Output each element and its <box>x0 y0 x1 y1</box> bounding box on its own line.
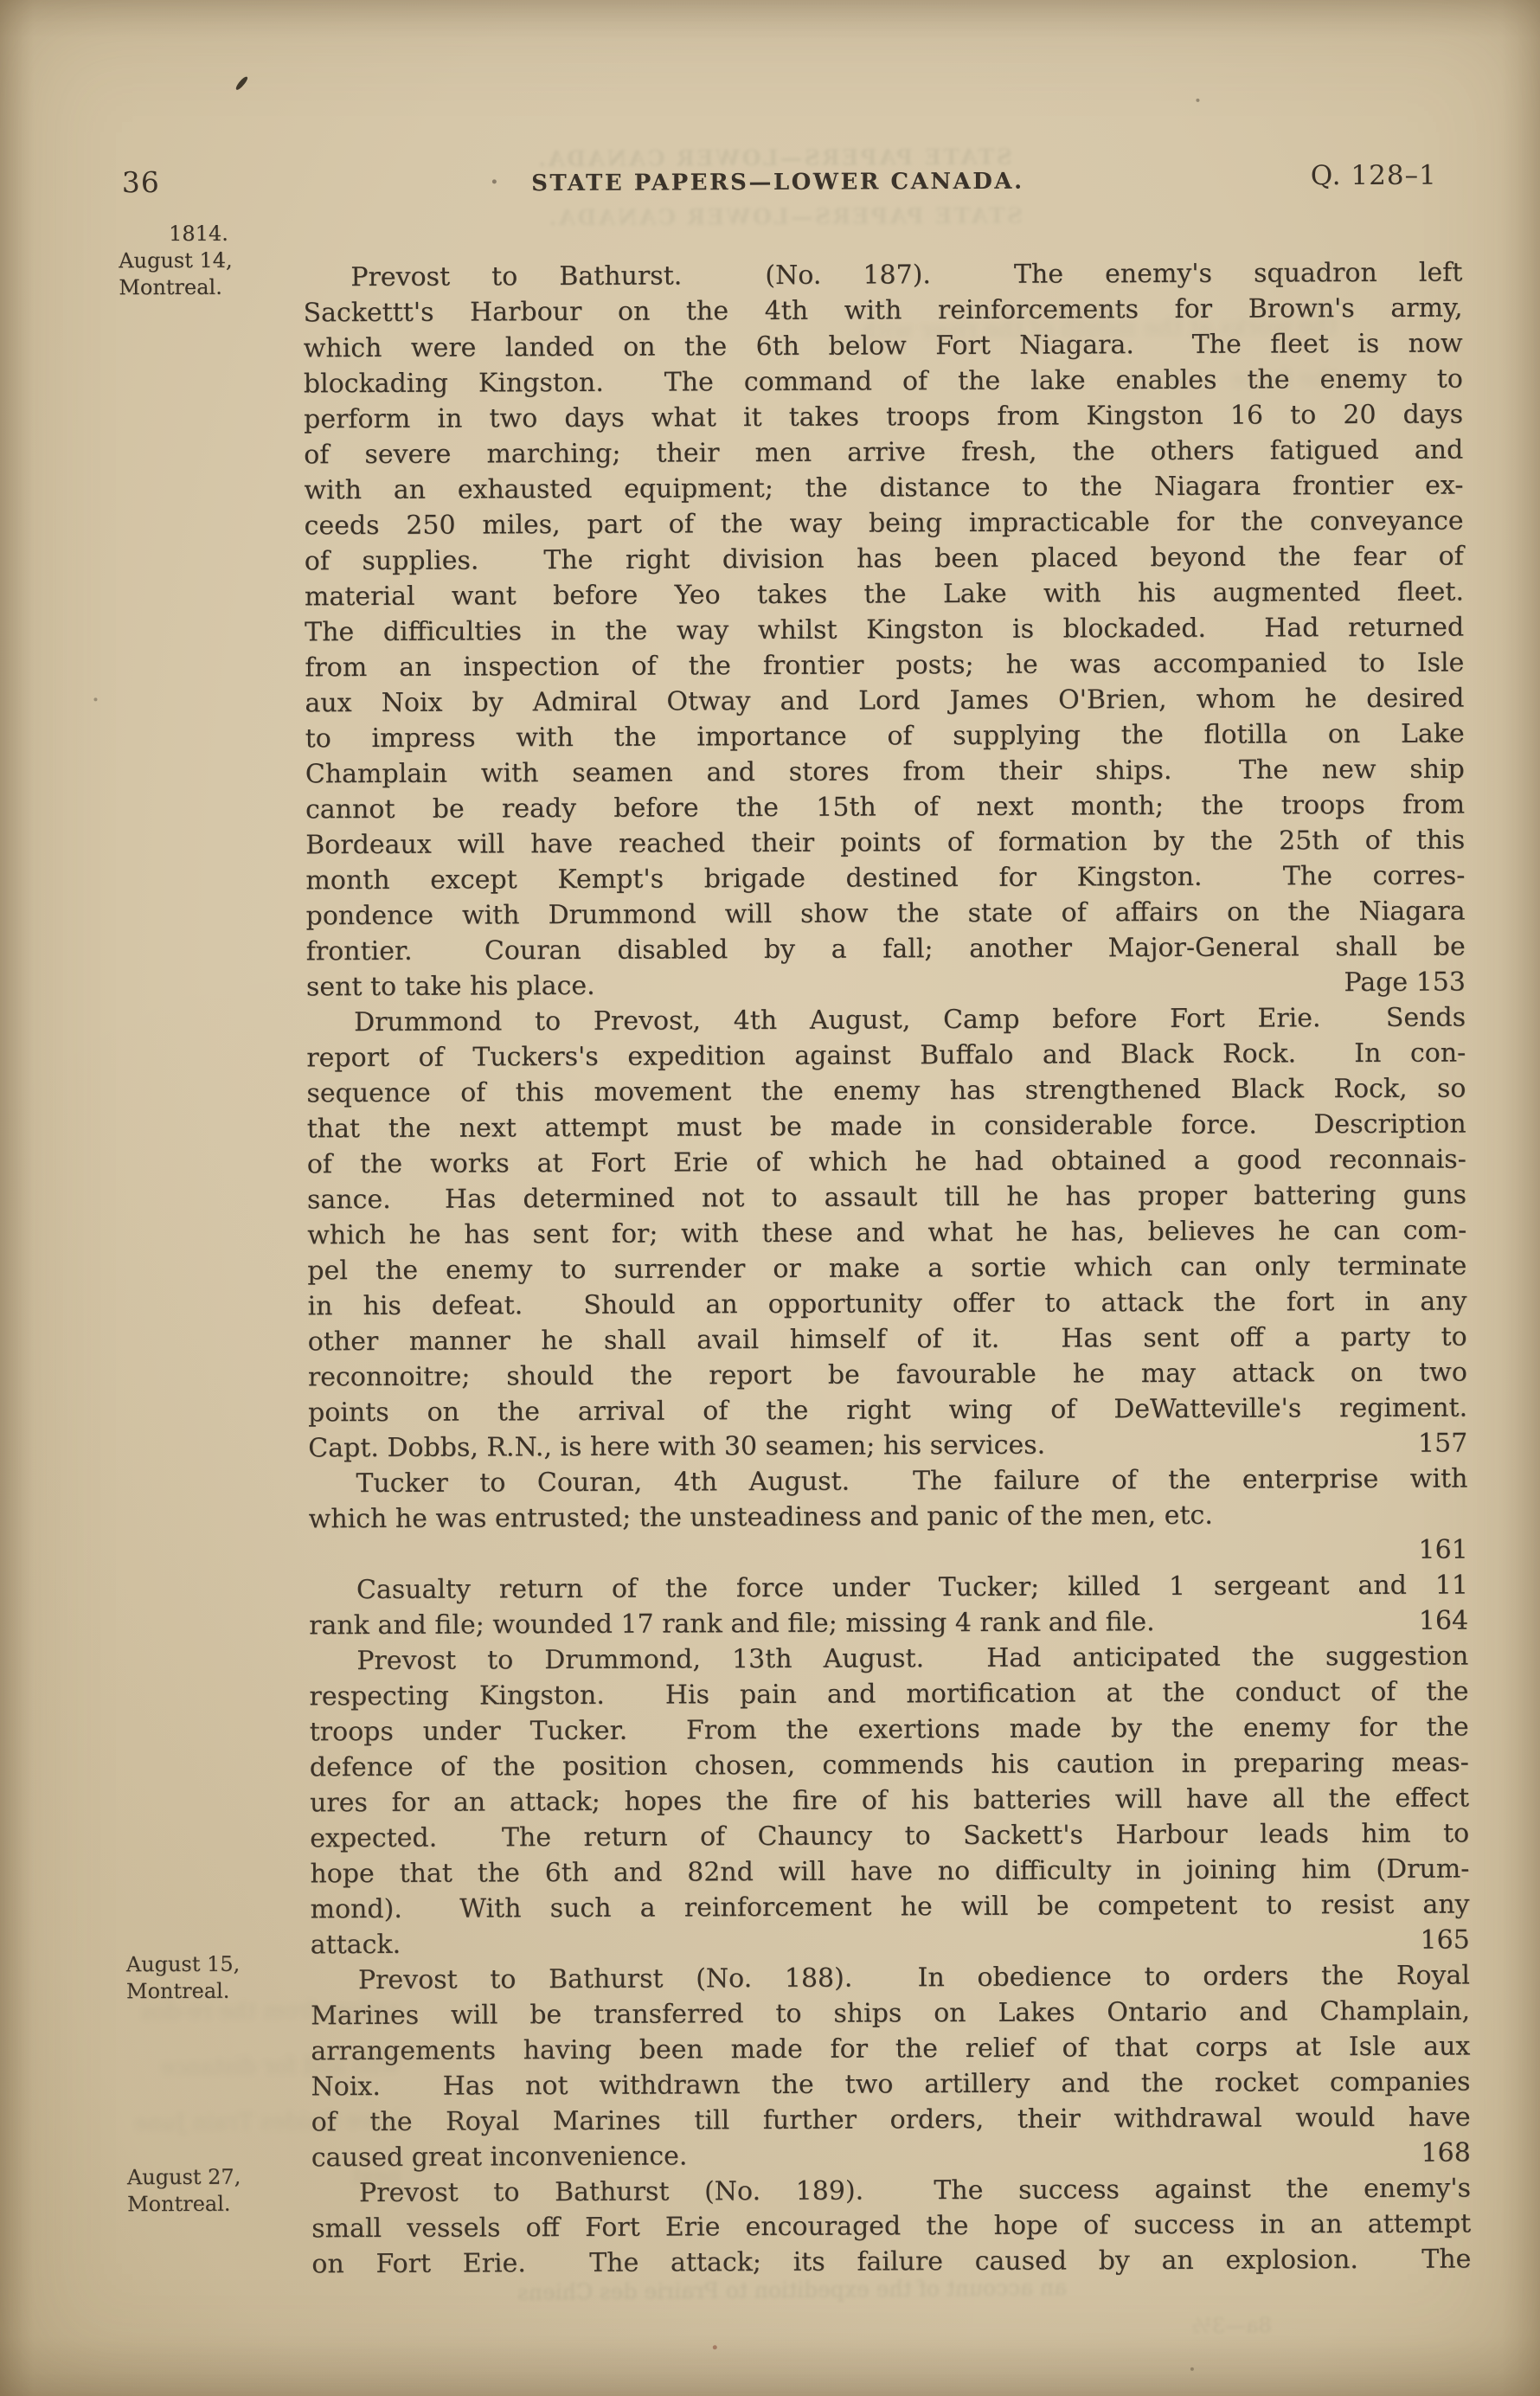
text-line: of the Royal Marines till further orders… <box>311 2099 1471 2140</box>
text-line: from an inspection of the frontier posts… <box>305 645 1464 685</box>
text-line: Capt. Dobbs, R.N., is here with 30 seame… <box>308 1425 1467 1466</box>
text-line: which he has sent for; with these and wh… <box>307 1212 1466 1253</box>
text-line: hope that the 6th and 82nd will have no … <box>310 1851 1469 1892</box>
text-line: pondence with Drummond will show the sta… <box>305 893 1465 934</box>
text-line: that the next attempt must be made in co… <box>307 1106 1466 1147</box>
page-reference: 168 <box>1421 2135 1470 2170</box>
text-line: of severe marching; their men arrive fre… <box>304 432 1463 472</box>
text-line: Tucker to Couran, 4th August. The failur… <box>308 1461 1467 1501</box>
margin-note-line: August 14, <box>119 247 296 274</box>
scan-content: STATE PAPERS—LOWER CANADA. STATE PAPERS—… <box>0 0 1540 2396</box>
text-line: respecting Kingston. His pain and mortif… <box>309 1673 1468 1714</box>
text-line: expected. The return of Chauncy to Sacke… <box>310 1815 1469 1856</box>
text-line: material want before Yeo takes the Lake … <box>305 574 1464 614</box>
text-line: arrangements having been made for the re… <box>311 2028 1470 2069</box>
page-reference: 161 <box>309 1532 1468 1572</box>
margin-note-line: Montreal. <box>127 2190 305 2218</box>
entry-closing-text: rank and file; wounded 17 rank and file;… <box>309 1604 1155 1643</box>
catalog-entry: 1814.August 14,Montreal.Prevost to Bathu… <box>303 254 1466 1005</box>
text-line: defence of the position chosen, commends… <box>310 1744 1469 1785</box>
text-line: perform in two days what it takes troops… <box>304 396 1463 437</box>
text-line: sance. Has determined not to assault til… <box>307 1177 1466 1217</box>
catalog-entry: Tucker to Couran, 4th August. The failur… <box>308 1461 1468 1572</box>
text-line: Prevost to Bathurst (No. 188). In obedie… <box>311 1957 1470 1998</box>
text-line: Bordeaux will have reached their points … <box>305 822 1465 863</box>
text-line: aux Noix by Admiral Otway and Lord James… <box>305 680 1464 721</box>
catalog-entry: August 27,Montreal.Prevost to Bathurst (… <box>311 2170 1472 2282</box>
text-line: other manner he shall avail himself of i… <box>308 1319 1467 1359</box>
catalog-entry: Casualty return of the force under Tucke… <box>309 1567 1468 1643</box>
text-line: points on the arrival of the right wing … <box>308 1390 1467 1430</box>
page-reference: 164 <box>1419 1603 1468 1638</box>
text-line: sequence of this movement the enemy has … <box>306 1070 1466 1111</box>
text-line: Prevost to Drummond, 13th August. Had an… <box>309 1638 1468 1679</box>
pen-mark <box>234 75 248 92</box>
ink-speck <box>492 179 497 183</box>
margin-note-line: August 27, <box>127 2163 305 2191</box>
text-line: to impress with the importance of supply… <box>305 716 1465 756</box>
text-line: Noix. Has not withdrawn the two artiller… <box>311 2064 1470 2104</box>
volume-reference: Q. 128–1 <box>1311 160 1437 192</box>
catalog-entry: Prevost to Drummond, 13th August. Had an… <box>309 1638 1470 1962</box>
text-line: frontier. Couran disabled by a fall; ano… <box>306 928 1466 969</box>
text-line: blockading Kingston. The command of the … <box>304 361 1463 401</box>
text-line: which were landed on the 6th below Fort … <box>304 325 1463 366</box>
show-through-signature: 8a—3½ <box>1192 2313 1272 2338</box>
text-line: attack.165 <box>311 1922 1470 1962</box>
text-line: which he was entrusted; the unsteadiness… <box>309 1496 1468 1537</box>
text-line: reconnoitre; should the report be favour… <box>308 1354 1467 1395</box>
catalog-entry: August 15,Montreal.Prevost to Bathurst (… <box>311 1957 1471 2175</box>
text-line: cannot be ready before the 15th of next … <box>305 787 1465 827</box>
text-line: Champlain with seamen and stores from th… <box>305 751 1465 792</box>
margin-date-note: 1814.August 14,Montreal. <box>119 220 296 301</box>
text-line: ures for an attack; hopes the fire of hi… <box>310 1780 1469 1821</box>
margin-date-note: August 15,Montreal. <box>126 1950 304 2005</box>
text-line: on Fort Erie. The attack; its failure ca… <box>311 2241 1471 2282</box>
margin-note-line: Montreal. <box>119 273 296 301</box>
text-line: caused great inconvenience.168 <box>311 2135 1471 2175</box>
text-line: The difficulties in the way whilst Kings… <box>305 609 1464 650</box>
text-line: Marines will be transferred to ships on … <box>311 1993 1470 2033</box>
margin-date-note: August 27,Montreal. <box>127 2163 305 2218</box>
page-reference: Page 153 <box>1344 964 1466 1000</box>
text-line: Sackettt's Harbour on the 4th with reinf… <box>303 290 1462 331</box>
entry-closing-text: attack. <box>311 1927 401 1962</box>
text-line: sent to take his place.Page 153 <box>306 964 1466 1005</box>
text-line: with an exhausted equipment; the distanc… <box>304 467 1463 508</box>
margin-note-line: Montreal. <box>126 1977 304 2005</box>
page-reference: 157 <box>1418 1425 1467 1461</box>
page-reference: 165 <box>1420 1922 1469 1957</box>
ink-speck <box>1196 99 1199 102</box>
margin-note-line: 1814. <box>119 220 296 247</box>
ink-speck <box>93 697 97 701</box>
ink-speck <box>1190 2367 1194 2371</box>
text-line: month except Kempt's brigade destined fo… <box>305 858 1465 898</box>
text-line: Prevost to Bathurst (No. 189). The succe… <box>311 2170 1471 2211</box>
text-line: of the works at Fort Erie of which he ha… <box>307 1141 1466 1182</box>
text-line: report of Tuckers's expedition against B… <box>306 1035 1466 1076</box>
entry-closing-text: which he was entrusted; the unsteadiness… <box>309 1498 1213 1538</box>
text-line: ceeds 250 miles, part of the way being i… <box>305 503 1464 543</box>
text-line: Drummond to Prevost, 4th August, Camp be… <box>306 999 1466 1040</box>
catalog-entry: Drummond to Prevost, 4th August, Camp be… <box>306 999 1467 1466</box>
scanned-book-page: STATE PAPERS—LOWER CANADA. STATE PAPERS—… <box>0 0 1540 2396</box>
text-line: Prevost to Bathurst. (No. 187). The enem… <box>303 254 1462 295</box>
entries: 1814.August 14,Montreal.Prevost to Bathu… <box>303 254 1471 2282</box>
text-line: rank and file; wounded 17 rank and file;… <box>309 1603 1468 1643</box>
text-line: mond). With such a reinforcement he will… <box>310 1886 1469 1927</box>
entry-closing-text: sent to take his place. <box>306 968 595 1005</box>
text-line: troops under Tucker. From the exertions … <box>310 1709 1469 1750</box>
text-line: pel the enemy to surrender or make a sor… <box>307 1248 1466 1288</box>
text-line: in his defeat. Should an opportunity off… <box>307 1283 1466 1324</box>
ink-speck <box>713 2345 717 2349</box>
text-line: Casualty return of the force under Tucke… <box>309 1567 1468 1608</box>
entry-closing-text: Capt. Dobbs, R.N., is here with 30 seame… <box>308 1428 1045 1467</box>
entry-closing-text: caused great inconvenience. <box>311 2138 688 2175</box>
margin-note-line: August 15, <box>126 1950 304 1978</box>
text-line: of supplies. The right division has been… <box>305 538 1464 579</box>
text-line: small vessels off Fort Erie encouraged t… <box>311 2206 1471 2246</box>
